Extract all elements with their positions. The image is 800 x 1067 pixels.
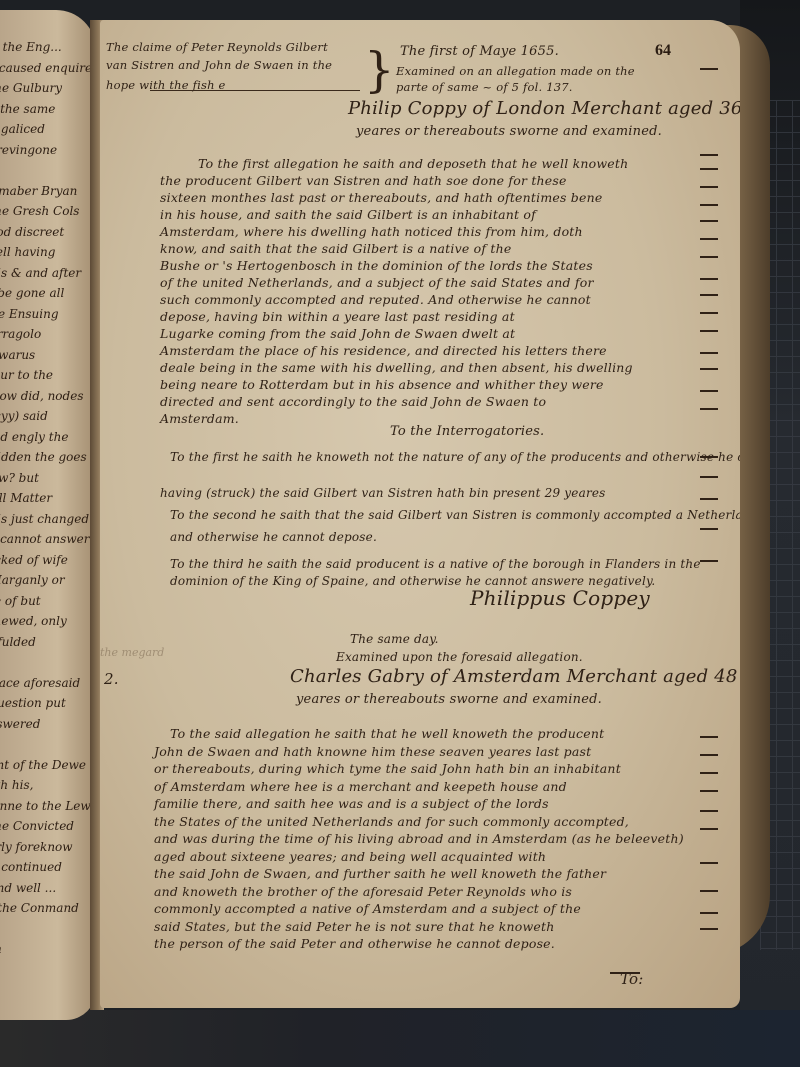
left-page-fragment: ...ent of the Dewe	[0, 758, 86, 772]
closing-mark: To:	[620, 970, 644, 988]
line-filler-dash	[700, 528, 718, 530]
deponent-1-line: sixteen monthes last past or thereabouts…	[160, 190, 602, 205]
answer-3: To the third he saith the said producent…	[170, 556, 710, 590]
left-page-fragment: ...Hell having	[0, 245, 55, 259]
left-page-fragment: ...sell Matter	[0, 491, 52, 505]
left-page-fragment: ...remaber Bryan	[0, 184, 77, 198]
deponent-1-name: Philip Coppy of London Merchant aged 36	[348, 98, 740, 119]
left-page-fragment: ...with his,	[0, 778, 33, 792]
left-page-fragment: ...slow did, nodes	[0, 389, 83, 403]
deponent-1-line: Amsterdam.	[160, 411, 239, 426]
line-filler-dash	[700, 294, 718, 296]
left-page-fragment: ...all the same	[0, 102, 55, 116]
left-page-fragment: ...ungaliced	[0, 122, 45, 136]
deponent-2-line: commonly accompted a native of Amsterdam…	[154, 901, 581, 916]
left-page-fragment: ...Dew? but	[0, 471, 39, 485]
left-page-fragment: ...question put	[0, 696, 66, 710]
deponent-2-line: and was during the time of his living ab…	[154, 831, 684, 846]
preamble-same-day: The same day.	[350, 632, 439, 646]
answer-1: To the first he saith he knoweth not the…	[170, 450, 740, 464]
preamble-examined: Examined upon the foresaid allegation.	[336, 650, 583, 664]
interrogatories-heading: To the Interrogatories.	[390, 424, 544, 439]
line-filler-dash	[700, 330, 718, 332]
answer-2: To the second he saith that the said Gil…	[170, 508, 740, 522]
deponent-2-line: or thereabouts, during which tyme the sa…	[154, 761, 621, 776]
line-filler-dash	[700, 408, 718, 410]
line-filler-dash	[700, 186, 718, 188]
deponent-2-line: the said John de Swaen, and further sait…	[154, 866, 606, 881]
deponent-2-line: the person of the said Peter and otherwi…	[154, 936, 555, 951]
left-page-fragment: ...ticked of wife	[0, 553, 68, 567]
left-page-fragment: ...the Gulbury	[0, 81, 62, 95]
deponent-1-line: of the united Netherlands, and a subject…	[160, 275, 594, 290]
deponent-2-line: said States, but the said Peter he is no…	[154, 919, 554, 934]
deponent-1-line: To the first allegation he saith and dep…	[198, 156, 628, 171]
deponent-1-line: the producent Gilbert van Sistren and ha…	[160, 173, 567, 188]
left-page-fragment: ...Tenne to the Lewe	[0, 799, 96, 813]
deponent-1-line: deale being in the same with his dwellin…	[160, 360, 633, 375]
deponent-1-line: being neare to Rotterdam but in his abse…	[160, 377, 604, 392]
bleedthrough-text: the megard	[100, 646, 164, 659]
background-bottom	[0, 1010, 800, 1067]
manuscript-page: 64 The claime of Peter Reynolds Gilbert …	[100, 20, 740, 1008]
line-filler-dash	[700, 204, 718, 206]
left-page-fragment: ...crevingone	[0, 143, 57, 157]
left-page-fragment: ...grace aforesaid	[0, 676, 80, 690]
deponent-2-line: and knoweth the brother of the aforesaid…	[154, 884, 572, 899]
left-page-fragment: ...to the Conmand	[0, 901, 79, 915]
line-filler-dash	[700, 352, 718, 354]
margin-note-underline	[150, 90, 360, 91]
left-page-fragment: ...deur to the	[0, 368, 53, 382]
line-filler-dash	[700, 368, 718, 370]
deponent-1-sworn: yeares or thereabouts sworne and examine…	[356, 124, 662, 139]
line-filler-dash	[700, 238, 718, 240]
deponent-1-line: Amsterdam the place of his residence, an…	[160, 343, 607, 358]
line-filler-dash	[700, 390, 718, 392]
line-filler-dash	[700, 772, 718, 774]
left-page-fragment: ...answered	[0, 717, 40, 731]
line-filler-dash	[700, 890, 718, 892]
line-filler-dash	[700, 312, 718, 314]
left-page-fragment: ...his just changed	[0, 512, 89, 526]
line-filler-dash	[700, 736, 718, 738]
line-filler-dash	[700, 68, 718, 70]
line-filler-dash	[700, 498, 718, 500]
deponent-2-line: of Amsterdam where hee is a merchant and…	[154, 779, 567, 794]
left-page-fragment: ...- fulded	[0, 635, 36, 649]
line-filler-dash	[700, 912, 718, 914]
left-page-fragment: ...good discreet	[0, 225, 64, 239]
deponent-1-line: Bushe or 's Hertogenbosch in the dominio…	[160, 258, 593, 273]
deponent-2-line: aged about sixteene yeares; and being we…	[154, 849, 546, 864]
line-filler-dash	[700, 168, 718, 170]
line-filler-dash	[700, 810, 718, 812]
line-filler-dash	[700, 220, 718, 222]
line-filler-dash	[700, 456, 718, 458]
deponent-1-line: Lugarke coming from the said John de Swa…	[160, 326, 515, 341]
line-filler-dash	[700, 278, 718, 280]
examined-line-1: Examined on an allegation made on the	[396, 64, 635, 78]
left-page-fragment: ...his & and after	[0, 266, 81, 280]
deponent-2-line: familie there, and saith hee was and is …	[154, 796, 549, 811]
left-page-fragment: ...to continued	[0, 860, 62, 874]
left-page-fragment: ...the Ensuing	[0, 307, 59, 321]
deponent-2-line: John de Swaen and hath knowne him these …	[154, 744, 591, 759]
left-page-fragment: ...Dewarus	[0, 348, 35, 362]
line-filler-dash	[700, 928, 718, 930]
deponent-2-sworn: yeares or thereabouts sworne and examine…	[296, 692, 602, 707]
margin-note-line-2: van Sistren and John de Swaen in the	[106, 58, 332, 72]
answer-2b: and otherwise he cannot depose.	[170, 530, 377, 544]
left-page-fragment: ...the Gresh Cols	[0, 204, 79, 218]
left-facing-page: ...for the Eng...has caused enquire...th…	[0, 10, 96, 1020]
left-page-fragment: ...he cannot answer	[0, 532, 89, 546]
page-number: 64	[655, 42, 671, 60]
margin-note-line-1: The claime of Peter Reynolds Gilbert	[106, 40, 328, 54]
answer-1b: having (struck) the said Gilbert van Sis…	[160, 486, 606, 500]
left-page-fragment: ...and engly the	[0, 430, 68, 444]
deponent-1-line: such commonly accompted and reputed. And…	[160, 292, 591, 307]
examined-line-2: parte of same ~ of 5 fol. 137.	[396, 80, 573, 94]
deponent-1-line: depose, having bin within a yeare last p…	[160, 309, 515, 324]
left-page-fragment: ...Shewed, only	[0, 614, 67, 628]
left-page-fragment: ...Marganly or	[0, 573, 65, 587]
left-page-fragment: has caused enquire	[0, 61, 92, 75]
left-page-fragment: ...ayrly foreknow	[0, 840, 73, 854]
left-page-fragment: ...hidden the goes	[0, 450, 87, 464]
left-page-fragment: ...and well ...	[0, 881, 56, 895]
line-filler-dash	[700, 154, 718, 156]
line-filler-dash	[700, 476, 718, 478]
line-filler-dash	[700, 790, 718, 792]
left-page-fragment: ...to be gone all	[0, 286, 64, 300]
line-filler-dash	[700, 754, 718, 756]
entry-number: 2.	[104, 670, 119, 688]
deponent-2-line: the States of the united Netherlands and…	[154, 814, 629, 829]
line-filler-dash	[700, 828, 718, 830]
deponent-2-name: Charles Gabry of Amsterdam Merchant aged…	[290, 666, 738, 687]
signature-philippus-coppey: Philippus Coppey	[470, 586, 650, 610]
deponent-1-line: in his house, and saith the said Gilbert…	[160, 207, 536, 222]
left-page-fragment: ...the of but	[0, 594, 41, 608]
left-page-fragment: ...the Convicted	[0, 819, 74, 833]
deponent-1-line: directed and sent accordingly to the sai…	[160, 394, 546, 409]
deponent-1-line: Amsterdam, where his dwelling hath notic…	[160, 224, 583, 239]
left-page-fragment: ...assyy) said	[0, 409, 48, 423]
line-filler-dash	[700, 560, 718, 562]
deponent-1-line: know, and saith that the said Gilbert is…	[160, 241, 511, 256]
line-filler-dash	[700, 256, 718, 258]
date-line: The first of Maye 1655.	[400, 44, 559, 59]
left-page-fragment: ...arragolo	[0, 327, 41, 341]
line-filler-dash	[700, 862, 718, 864]
deponent-2-line: To the said allegation he saith that he …	[170, 726, 604, 741]
left-page-fragment: ...for the Eng...	[0, 40, 62, 54]
left-page-fragment: ...th	[0, 942, 2, 956]
margin-note-brace: }	[364, 42, 395, 98]
